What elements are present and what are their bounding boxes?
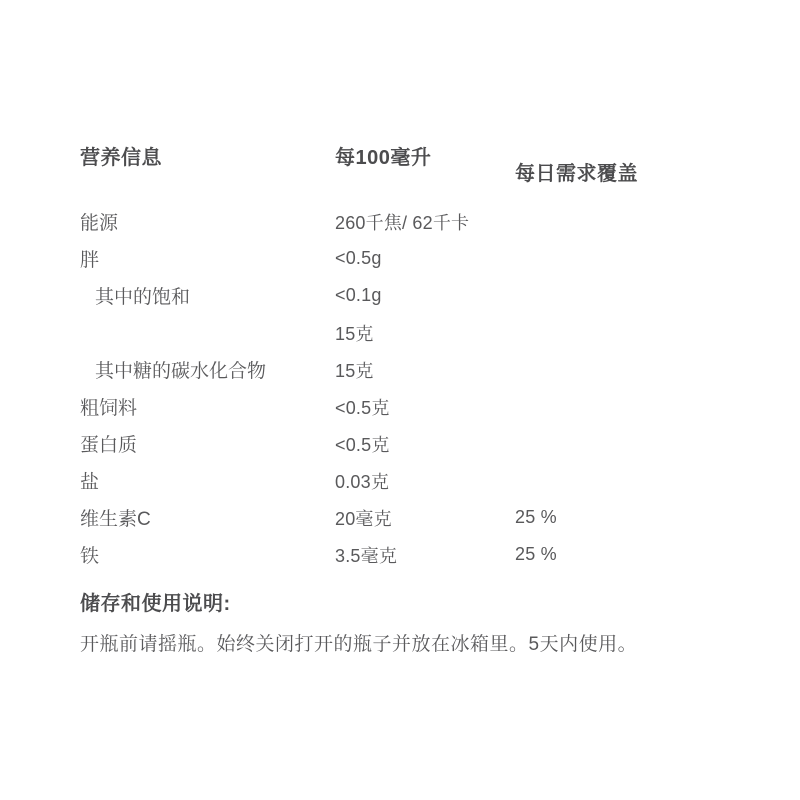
table-row: 能源 260千焦/ 62千卡 [80, 203, 740, 240]
storage-heading: 储存和使用说明: [80, 587, 740, 616]
daily-coverage-value: 25 % [515, 544, 740, 565]
nutrient-value: <0.5克 [335, 431, 515, 457]
nutrient-value: 20毫克 [335, 505, 515, 531]
nutrient-value: <0.5克 [335, 394, 515, 420]
nutrient-label: 蛋白质 [80, 430, 335, 457]
nutrition-label-page: 营养信息 每100毫升 每日需求覆盖 能源 260千焦/ 62千卡 胖 <0.5… [0, 0, 800, 800]
nutrient-label: 其中的饱和 [80, 282, 335, 309]
table-row: 其中的饱和 <0.1g [80, 277, 740, 314]
header-nutrition-info: 营养信息 [80, 141, 335, 170]
table-header-row: 营养信息 每100毫升 每日需求覆盖 [80, 141, 740, 181]
table-row: 粗饲料 <0.5克 [80, 388, 740, 425]
nutrient-label: 能源 [80, 208, 335, 235]
table-row: 盐 0.03克 [80, 462, 740, 499]
table-row: 铁 3.5毫克 25 % [80, 536, 740, 573]
nutrient-value: 15克 [335, 357, 515, 383]
nutrient-label: 盐 [80, 467, 335, 494]
nutrient-value: 3.5毫克 [335, 542, 515, 568]
nutrient-value: <0.1g [335, 285, 515, 306]
nutrient-label: 维生素C [80, 504, 335, 531]
table-row: 其中糖的碳水化合物 15克 [80, 351, 740, 388]
nutrient-label: 其中糖的碳水化合物 [80, 356, 335, 383]
nutrient-value: 260千焦/ 62千卡 [335, 209, 515, 235]
table-row: 蛋白质 <0.5克 [80, 425, 740, 462]
header-per-100ml: 每100毫升 [335, 141, 515, 170]
storage-section: 储存和使用说明: 开瓶前请摇瓶。始终关闭打开的瓶子并放在冰箱里。5天内使用。 [80, 587, 740, 656]
nutrient-value: 0.03克 [335, 468, 515, 494]
table-body: 能源 260千焦/ 62千卡 胖 <0.5g 其中的饱和 <0.1g [80, 203, 740, 573]
nutrient-label: 铁 [80, 541, 335, 568]
table-row: 维生素C 20毫克 25 % [80, 499, 740, 536]
storage-instructions: 开瓶前请摇瓶。始终关闭打开的瓶子并放在冰箱里。5天内使用。 [80, 629, 740, 656]
nutrition-table: 营养信息 每100毫升 每日需求覆盖 能源 260千焦/ 62千卡 胖 <0.5… [80, 141, 740, 656]
table-row: 胖 <0.5g [80, 240, 740, 277]
table-row: 15克 [80, 314, 740, 351]
daily-coverage-value: 25 % [515, 507, 740, 528]
nutrient-value: <0.5g [335, 248, 515, 269]
nutrient-label: 胖 [80, 245, 335, 272]
nutrient-label: 粗饲料 [80, 393, 335, 420]
nutrient-value: 15克 [335, 320, 515, 346]
header-daily-coverage: 每日需求覆盖 [515, 141, 740, 186]
